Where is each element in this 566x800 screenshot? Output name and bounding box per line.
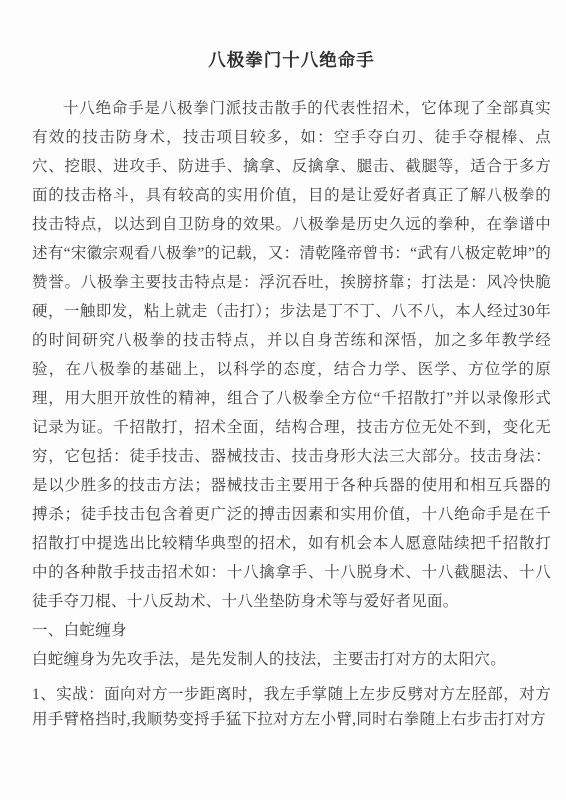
- document-title: 八极拳门十八绝命手: [32, 47, 551, 73]
- document-page: 八极拳门十八绝命手 十八绝命手是八极拳门派技击散手的代表性招术，它体现了全部真实…: [0, 0, 566, 800]
- intro-paragraph: 十八绝命手是八极拳门派技击散手的代表性招术，它体现了全部真实有效的技击防身术，技…: [32, 94, 551, 616]
- step-paragraph: 1、实战：面向对方一步距离时，我左手掌随上左步反劈对方左胫部，对方用手臂格挡时,…: [32, 682, 551, 732]
- section-intro: 白蛇缠身为先攻手法，是先发制人的技法，主要击打对方的太阳穴。: [32, 645, 551, 674]
- section-heading: 一、白蛇缠身: [32, 616, 551, 645]
